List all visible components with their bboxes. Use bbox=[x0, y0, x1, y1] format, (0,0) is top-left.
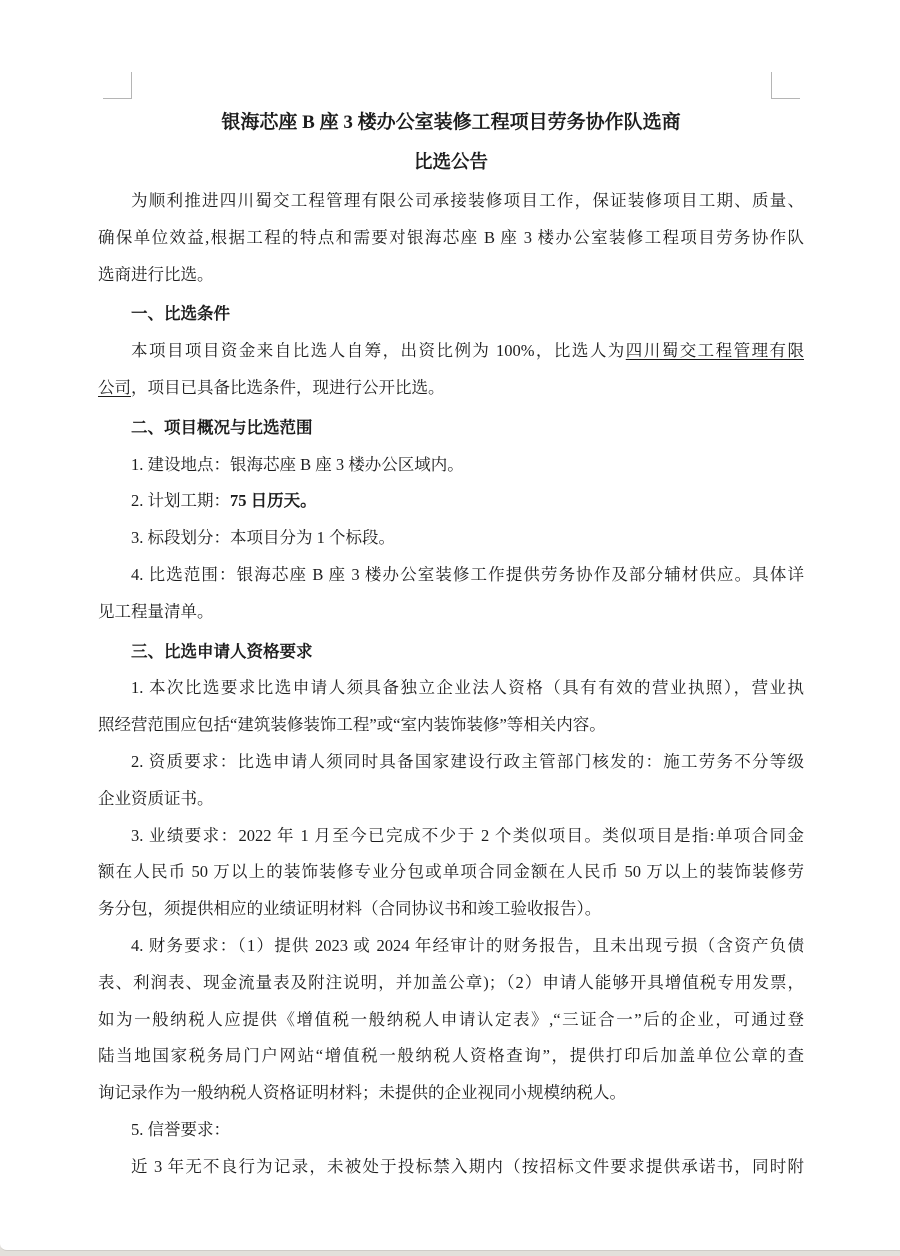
paragraph-line: 照经营范围应包括“建筑装修装饰工程”或“室内装饰装修”等相关内容。 bbox=[98, 707, 804, 744]
text-run: 2. 计划工期： bbox=[131, 491, 230, 510]
bold-text: 二、项目概况与比选范围 bbox=[131, 418, 313, 437]
paragraph-line: 务分包，须提供相应的业绩证明材料（合同协议书和竣工验收报告）。 bbox=[98, 891, 804, 928]
text-run: 4. 比选范围：银海芯座 B 座 3 楼办公室装修工作提供劳务协作及部分辅材供应… bbox=[131, 565, 804, 584]
paragraph-line: 3. 标段划分：本项目分为 1 个标段。 bbox=[98, 520, 804, 557]
text-run: 1. 本次比选要求比选申请人须具备独立企业法人资格（具有有效的营业执照），营业执 bbox=[131, 678, 804, 697]
text-run: 确保单位效益,根据工程的特点和需要对银海芯座 B 座 3 楼办公室装修工程项目劳… bbox=[98, 228, 804, 247]
underlined-text: 公司 bbox=[98, 378, 131, 397]
bold-text: 75 日历天。 bbox=[230, 491, 317, 510]
doc-title: 银海芯座 B 座 3 楼办公室装修工程项目劳务协作队选商 bbox=[98, 103, 804, 143]
doc-subtitle: 比选公告 bbox=[98, 143, 804, 183]
paragraph-line: 2. 计划工期：75 日历天。 bbox=[98, 483, 804, 520]
text-run: 见工程量清单。 bbox=[98, 602, 214, 621]
paragraph-line: 本项目项目资金来自比选人自筹，出资比例为 100%，比选人为四川蜀交工程管理有限 bbox=[98, 333, 804, 370]
document-content: 银海芯座 B 座 3 楼办公室装修工程项目劳务协作队选商比选公告为顺利推进四川蜀… bbox=[98, 0, 804, 1186]
text-run: 照经营范围应包括“建筑装修装饰工程”或“室内装饰装修”等相关内容。 bbox=[98, 715, 606, 734]
text-run: 额在人民币 50 万以上的装饰装修专业分包或单项合同金额在人民币 50 万以上的… bbox=[98, 862, 804, 881]
bold-text: 三、比选申请人资格要求 bbox=[131, 642, 313, 661]
paragraph-line: 确保单位效益,根据工程的特点和需要对银海芯座 B 座 3 楼办公室装修工程项目劳… bbox=[98, 220, 804, 257]
paragraph-line: 询记录作为一般纳税人资格证明材料；未提供的企业视同小规模纳税人。 bbox=[98, 1075, 804, 1112]
text-run: 询记录作为一般纳税人资格证明材料；未提供的企业视同小规模纳税人。 bbox=[98, 1083, 626, 1102]
text-run: 陆当地国家税务局门户网站“增值税一般纳税人资格查询”，提供打印后加盖单位公章的查 bbox=[98, 1046, 804, 1065]
section-heading: 一、比选条件 bbox=[98, 296, 804, 333]
text-run: 务分包，须提供相应的业绩证明材料（合同协议书和竣工验收报告）。 bbox=[98, 899, 601, 918]
paragraph-line: 为顺利推进四川蜀交工程管理有限公司承接装修项目工作，保证装修项目工期、质量、 bbox=[98, 183, 804, 220]
text-run: 为顺利推进四川蜀交工程管理有限公司承接装修项目工作，保证装修项目工期、质量、 bbox=[131, 191, 804, 210]
text-run: 企业资质证书。 bbox=[98, 789, 214, 808]
paragraph-line: 选商进行比选。 bbox=[98, 257, 804, 294]
paragraph-line: 公司，项目已具备比选条件，现进行公开比选。 bbox=[98, 370, 804, 407]
paragraph-line: 4. 财务要求：（1）提供 2023 或 2024 年经审计的财务报告，且未出现… bbox=[98, 928, 804, 965]
bold-text: 银海芯座 B 座 3 楼办公室装修工程项目劳务协作队选商 bbox=[221, 112, 680, 133]
text-run: ，项目已具备比选条件，现进行公开比选。 bbox=[131, 378, 445, 397]
paragraph-line: 额在人民币 50 万以上的装饰装修专业分包或单项合同金额在人民币 50 万以上的… bbox=[98, 854, 804, 891]
underlined-text: 四川蜀交工程管理有限 bbox=[626, 341, 804, 360]
paragraph-line: 陆当地国家税务局门户网站“增值税一般纳税人资格查询”，提供打印后加盖单位公章的查 bbox=[98, 1038, 804, 1075]
text-run: 近 3 年无不良行为记录，未被处于投标禁入期内（按招标文件要求提供承诺书，同时附 bbox=[131, 1157, 804, 1176]
text-run: 2. 资质要求：比选申请人须同时具备国家建设行政主管部门核发的：施工劳务不分等级 bbox=[131, 752, 804, 771]
paragraph-line: 近 3 年无不良行为记录，未被处于投标禁入期内（按招标文件要求提供承诺书，同时附 bbox=[98, 1149, 804, 1186]
text-run: 选商进行比选。 bbox=[98, 265, 214, 284]
paragraph-line: 表、利润表、现金流量表及附注说明，并加盖公章)；（2）申请人能够开具增值税专用发… bbox=[98, 965, 804, 1002]
paragraph-line: 1. 建设地点：银海芯座 B 座 3 楼办公区域内。 bbox=[98, 447, 804, 484]
paragraph-line: 如为一般纳税人应提供《增值税一般纳税人申请认定表》,“三证合一”后的企业，可通过… bbox=[98, 1002, 804, 1039]
paragraph-line: 企业资质证书。 bbox=[98, 781, 804, 818]
text-run: 如为一般纳税人应提供《增值税一般纳税人申请认定表》,“三证合一”后的企业，可通过… bbox=[98, 1010, 804, 1029]
text-run: 3. 业绩要求：2022 年 1 月至今已完成不少于 2 个类似项目。类似项目是… bbox=[131, 826, 804, 845]
bold-text: 一、比选条件 bbox=[131, 304, 230, 323]
text-run: 本项目项目资金来自比选人自筹，出资比例为 100%，比选人为 bbox=[131, 341, 626, 360]
paragraph-line: 见工程量清单。 bbox=[98, 594, 804, 631]
bold-text: 比选公告 bbox=[414, 153, 488, 173]
document-page: 银海芯座 B 座 3 楼办公室装修工程项目劳务协作队选商比选公告为顺利推进四川蜀… bbox=[0, 0, 900, 1251]
text-run: 1. 建设地点：银海芯座 B 座 3 楼办公区域内。 bbox=[131, 455, 464, 474]
paragraph-line: 3. 业绩要求：2022 年 1 月至今已完成不少于 2 个类似项目。类似项目是… bbox=[98, 818, 804, 855]
paragraph-line: 4. 比选范围：银海芯座 B 座 3 楼办公室装修工作提供劳务协作及部分辅材供应… bbox=[98, 557, 804, 594]
section-heading: 二、项目概况与比选范围 bbox=[98, 410, 804, 447]
text-run: 3. 标段划分：本项目分为 1 个标段。 bbox=[131, 528, 395, 547]
paragraph-line: 5. 信誉要求： bbox=[98, 1112, 804, 1149]
section-heading: 三、比选申请人资格要求 bbox=[98, 634, 804, 671]
text-run: 表、利润表、现金流量表及附注说明，并加盖公章)；（2）申请人能够开具增值税专用发… bbox=[98, 973, 804, 992]
paragraph-line: 1. 本次比选要求比选申请人须具备独立企业法人资格（具有有效的营业执照），营业执 bbox=[98, 670, 804, 707]
text-run: 5. 信誉要求： bbox=[131, 1120, 230, 1139]
paragraph-line: 2. 资质要求：比选申请人须同时具备国家建设行政主管部门核发的：施工劳务不分等级 bbox=[98, 744, 804, 781]
text-run: 4. 财务要求：（1）提供 2023 或 2024 年经审计的财务报告，且未出现… bbox=[131, 936, 804, 955]
